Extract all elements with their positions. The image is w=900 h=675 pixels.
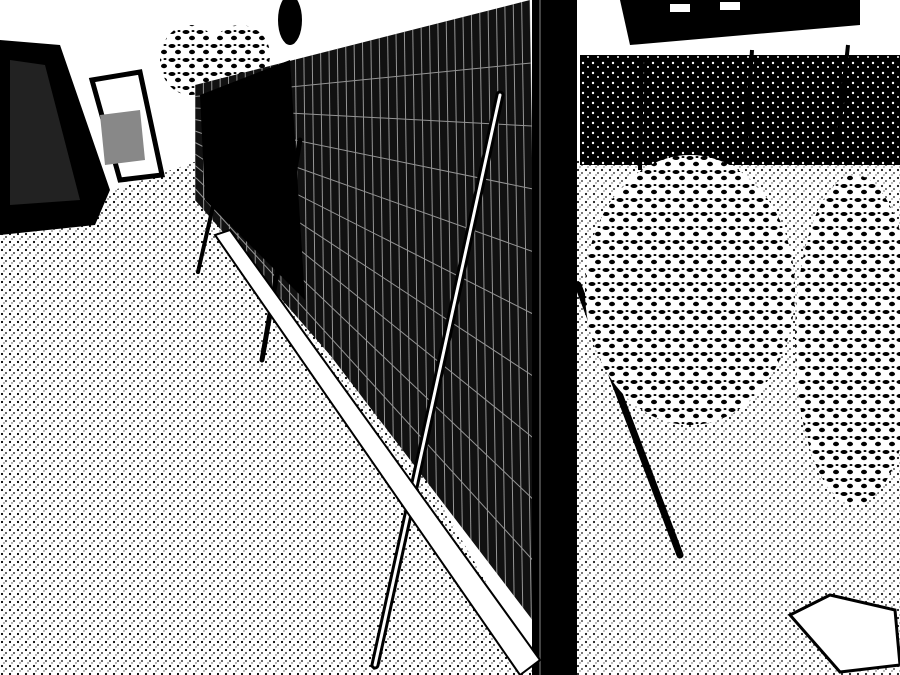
fence-post bbox=[532, 0, 577, 675]
hedge bbox=[580, 55, 900, 165]
photo-scene bbox=[0, 0, 900, 675]
fence-photo bbox=[0, 0, 900, 675]
